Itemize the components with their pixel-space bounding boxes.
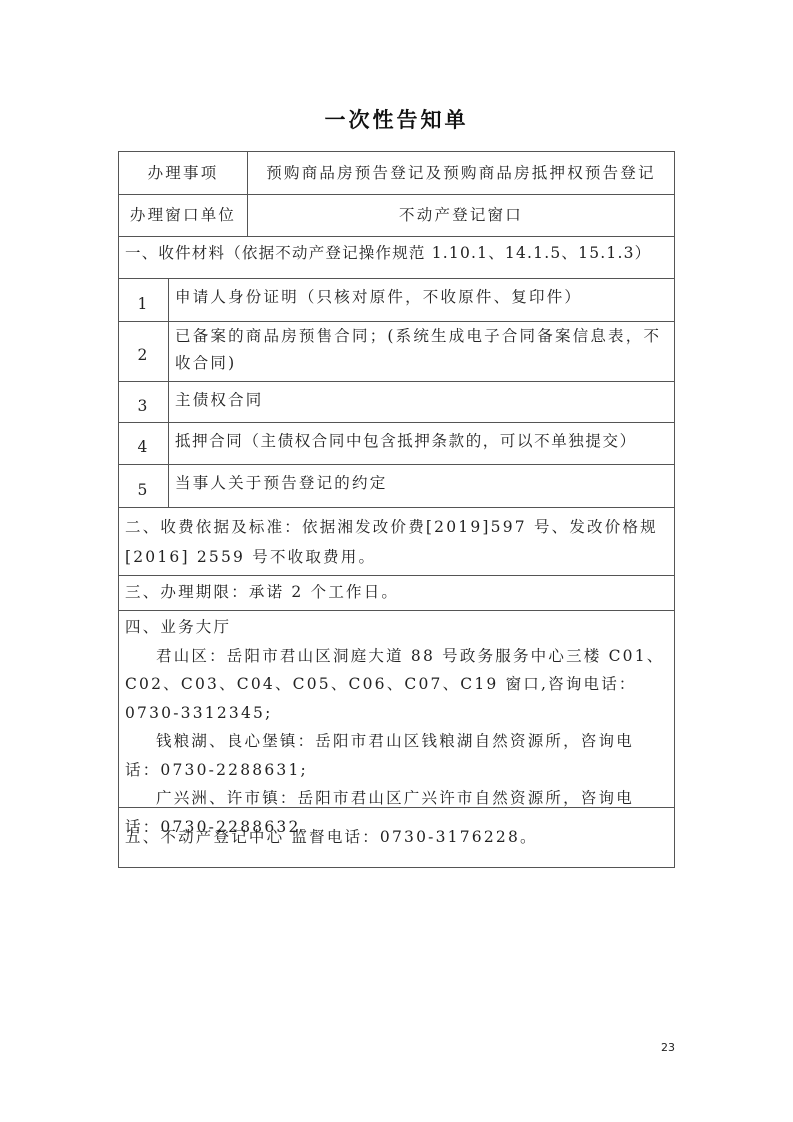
material-item: 4 抵押合同（主债权合同中包含抵押条款的，可以不单独提交） bbox=[119, 422, 674, 464]
row-section1-heading: 一、收件材料（依据不动产登记操作规范 1.10.1、14.1.5、15.1.3） bbox=[119, 236, 674, 278]
item-text: 抵押合同（主债权合同中包含抵押条款的，可以不单独提交） bbox=[169, 423, 674, 464]
supervision-text: 五、不动产登记中心 监督电话：0730-3176228。 bbox=[119, 808, 674, 867]
service-hall-heading: 四、业务大厅 bbox=[125, 613, 668, 642]
item-text: 当事人关于预告登记的约定 bbox=[169, 465, 674, 507]
time-limit-text: 三、办理期限：承诺 2 个工作日。 bbox=[119, 576, 674, 610]
row-fees: 二、收费依据及标准：依据湘发改价费[2019]597 号、发改价格规[2016]… bbox=[119, 507, 674, 575]
row-window-unit: 办理窗口单位 不动产登记窗口 bbox=[119, 194, 674, 236]
item-text: 已备案的商品房预售合同；(系统生成电子合同备案信息表，不收合同) bbox=[169, 322, 674, 381]
material-item: 3 主债权合同 bbox=[119, 381, 674, 422]
material-item: 1 申请人身份证明（只核对原件，不收原件、复印件） bbox=[119, 278, 674, 321]
item-number: 3 bbox=[119, 382, 169, 422]
item-number: 1 bbox=[119, 279, 169, 321]
hall-qianlianghu: 钱粮湖、良心堡镇：岳阳市君山区钱粮湖自然资源所，咨询电话：0730-228863… bbox=[125, 727, 668, 784]
page-number: 23 bbox=[661, 1041, 675, 1054]
item-text: 主债权合同 bbox=[169, 382, 674, 422]
row-matter: 办理事项 预购商品房预告登记及预购商品房抵押权预告登记 bbox=[119, 152, 674, 194]
window-unit-value: 不动产登记窗口 bbox=[248, 195, 674, 236]
matter-value: 预购商品房预告登记及预购商品房抵押权预告登记 bbox=[248, 152, 674, 194]
material-item: 5 当事人关于预告登记的约定 bbox=[119, 464, 674, 507]
service-hall-block: 四、业务大厅 君山区：岳阳市君山区洞庭大道 88 号政务服务中心三楼 C01、C… bbox=[119, 611, 674, 807]
fees-text: 二、收费依据及标准：依据湘发改价费[2019]597 号、发改价格规[2016]… bbox=[119, 508, 674, 575]
document-title: 一次性告知单 bbox=[0, 104, 793, 134]
matter-label: 办理事项 bbox=[119, 152, 248, 194]
row-time-limit: 三、办理期限：承诺 2 个工作日。 bbox=[119, 575, 674, 610]
item-text: 申请人身份证明（只核对原件，不收原件、复印件） bbox=[169, 279, 674, 321]
row-service-hall: 四、业务大厅 君山区：岳阳市君山区洞庭大道 88 号政务服务中心三楼 C01、C… bbox=[119, 610, 674, 807]
item-number: 4 bbox=[119, 423, 169, 464]
item-number: 5 bbox=[119, 465, 169, 507]
hall-junshan: 君山区：岳阳市君山区洞庭大道 88 号政务服务中心三楼 C01、C02、C03、… bbox=[125, 642, 668, 728]
window-unit-label: 办理窗口单位 bbox=[119, 195, 248, 236]
material-item: 2 已备案的商品房预售合同；(系统生成电子合同备案信息表，不收合同) bbox=[119, 321, 674, 381]
item-number: 2 bbox=[119, 322, 169, 381]
materials-heading: 一、收件材料（依据不动产登记操作规范 1.10.1、14.1.5、15.1.3） bbox=[119, 237, 674, 278]
row-supervision: 五、不动产登记中心 监督电话：0730-3176228。 bbox=[119, 807, 674, 867]
notice-table: 办理事项 预购商品房预告登记及预购商品房抵押权预告登记 办理窗口单位 不动产登记… bbox=[118, 151, 675, 868]
